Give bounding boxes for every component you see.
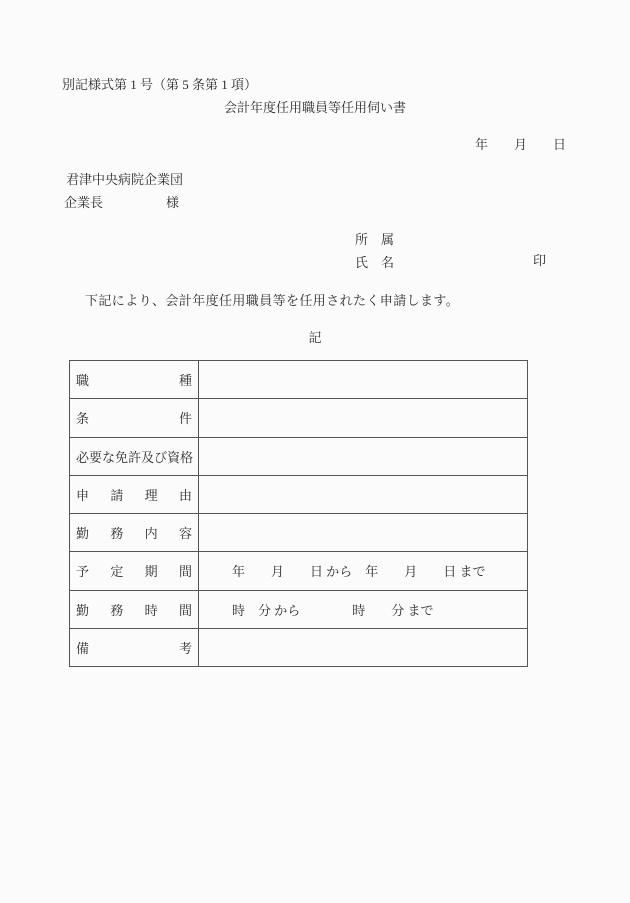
row-label-conditions: 条件 (70, 399, 199, 437)
document-page: 別記様式第 1 号（第 5 条第 1 項） 会計年度任用職員等任用伺い書 年 月… (0, 0, 630, 903)
row-value-remarks (199, 629, 528, 667)
row-label-remarks: 備考 (70, 629, 199, 667)
addressee-role: 企業長 (64, 192, 103, 211)
row-value-reason (199, 476, 528, 514)
addressee-organization: 君津中央病院企業団 (66, 169, 183, 188)
name-label: 氏 名 (355, 252, 394, 271)
affiliation-label: 所 属 (355, 229, 394, 248)
row-label-job-type: 職種 (70, 361, 199, 399)
list-marker: 記 (0, 327, 630, 346)
row-label-reason: 申請理由 (70, 476, 199, 514)
row-value-conditions (199, 399, 528, 437)
form-number: 別記様式第 1 号（第 5 条第 1 項） (62, 74, 257, 93)
row-value-work-hours: 時 分 から 時 分 まで (199, 591, 528, 629)
row-value-job-type (199, 361, 528, 399)
date-line: 年 月 日 (475, 134, 566, 153)
row-value-period: 年 月 日 から 年 月 日 まで (199, 552, 528, 590)
row-label-work-content: 勤務内容 (70, 514, 199, 552)
row-label-licenses: 必要な免許及び資格 (70, 438, 199, 476)
row-value-work-content (199, 514, 528, 552)
seal-mark: 印 (533, 250, 546, 269)
addressee-honorific: 様 (166, 192, 179, 211)
appointment-table: 職種 条件 必要な免許及び資格 申請理由 勤務内容 予定期間 年 月 日 から … (69, 360, 528, 667)
body-text: 下記により、会計年度任用職員等を任用されたく申請します。 (85, 290, 459, 309)
row-label-work-hours: 勤務時間 (70, 591, 199, 629)
form-title: 会計年度任用職員等任用伺い書 (0, 97, 630, 116)
row-label-period: 予定期間 (70, 552, 199, 590)
row-value-licenses (199, 438, 528, 476)
